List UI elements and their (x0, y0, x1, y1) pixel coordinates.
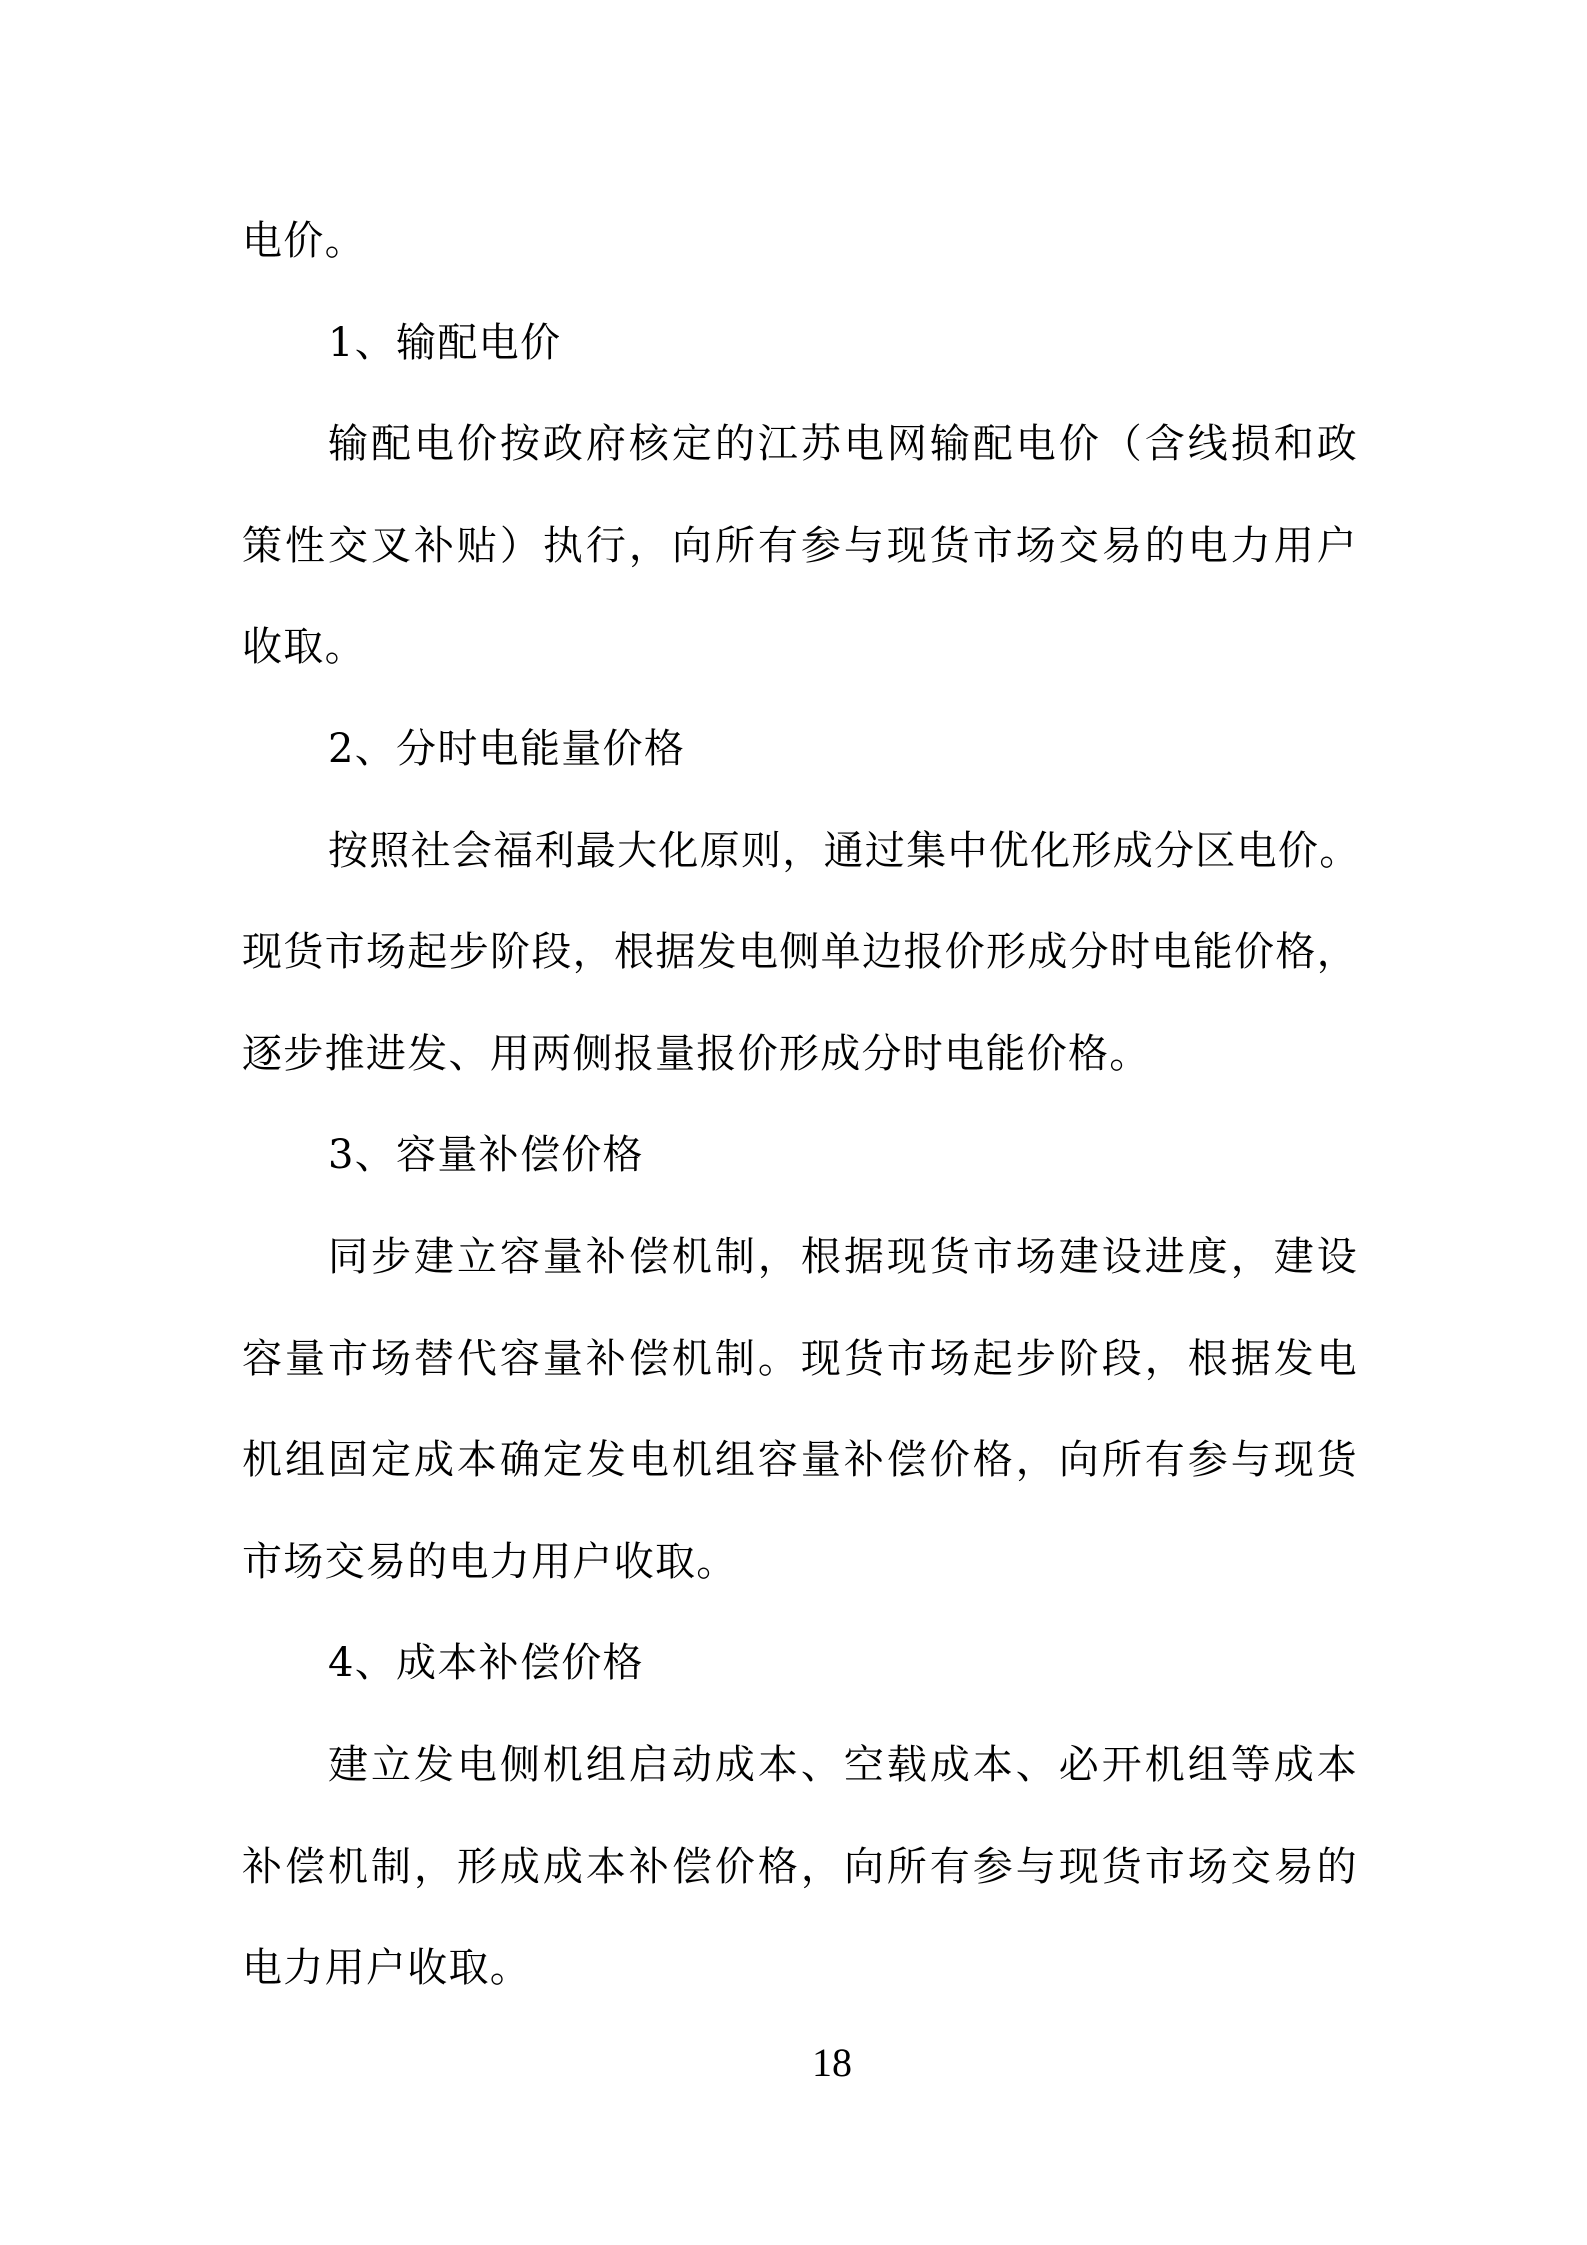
paragraph-first-line: 按照社会福利最大化原则，通过集中优化形成分区电价。 (242, 801, 1358, 903)
paragraph-first-line: 建立发电侧机组启动成本、空载成本、必开机组等成本 (242, 1715, 1358, 1817)
section-heading-cost-compensation-price: 4、成本补偿价格 (242, 1613, 1358, 1715)
paragraph-line: 补偿机制，形成成本补偿价格，向所有参与现货市场交易的 (242, 1817, 1358, 1919)
body-text: 电价。 1、输配电价 输配电价按政府核定的江苏电网输配电价（含线损和政 策性交叉… (242, 191, 1358, 2020)
paragraph-line: 机组固定成本确定发电机组容量补偿价格，向所有参与现货 (242, 1410, 1358, 1512)
paragraph-last-line: 市场交易的电力用户收取。 (242, 1512, 1358, 1614)
section-heading-transmission-price: 1、输配电价 (242, 293, 1358, 395)
paragraph-first-line: 输配电价按政府核定的江苏电网输配电价（含线损和政 (242, 394, 1358, 496)
paragraph-last-line: 电力用户收取。 (242, 1918, 1358, 2020)
page-number: 18 (0, 2040, 1587, 2086)
paragraph-line: 策性交叉补贴）执行，向所有参与现货市场交易的电力用户 (242, 496, 1358, 598)
paragraph-first-line: 同步建立容量补偿机制，根据现货市场建设进度，建设 (242, 1207, 1358, 1309)
paragraph-line: 容量市场替代容量补偿机制。现货市场起步阶段，根据发电 (242, 1309, 1358, 1411)
document-page: 电价。 1、输配电价 输配电价按政府核定的江苏电网输配电价（含线损和政 策性交叉… (0, 0, 1587, 2245)
paragraph-line: 现货市场起步阶段，根据发电侧单边报价形成分时电能价格， (242, 902, 1358, 1004)
section-heading-capacity-compensation-price: 3、容量补偿价格 (242, 1105, 1358, 1207)
paragraph-last-line: 收取。 (242, 597, 1358, 699)
paragraph-last-line: 逐步推进发、用两侧报量报价形成分时电能价格。 (242, 1004, 1358, 1106)
paragraph-continuation-line: 电价。 (242, 191, 1358, 293)
section-heading-time-of-use-energy-price: 2、分时电能量价格 (242, 699, 1358, 801)
